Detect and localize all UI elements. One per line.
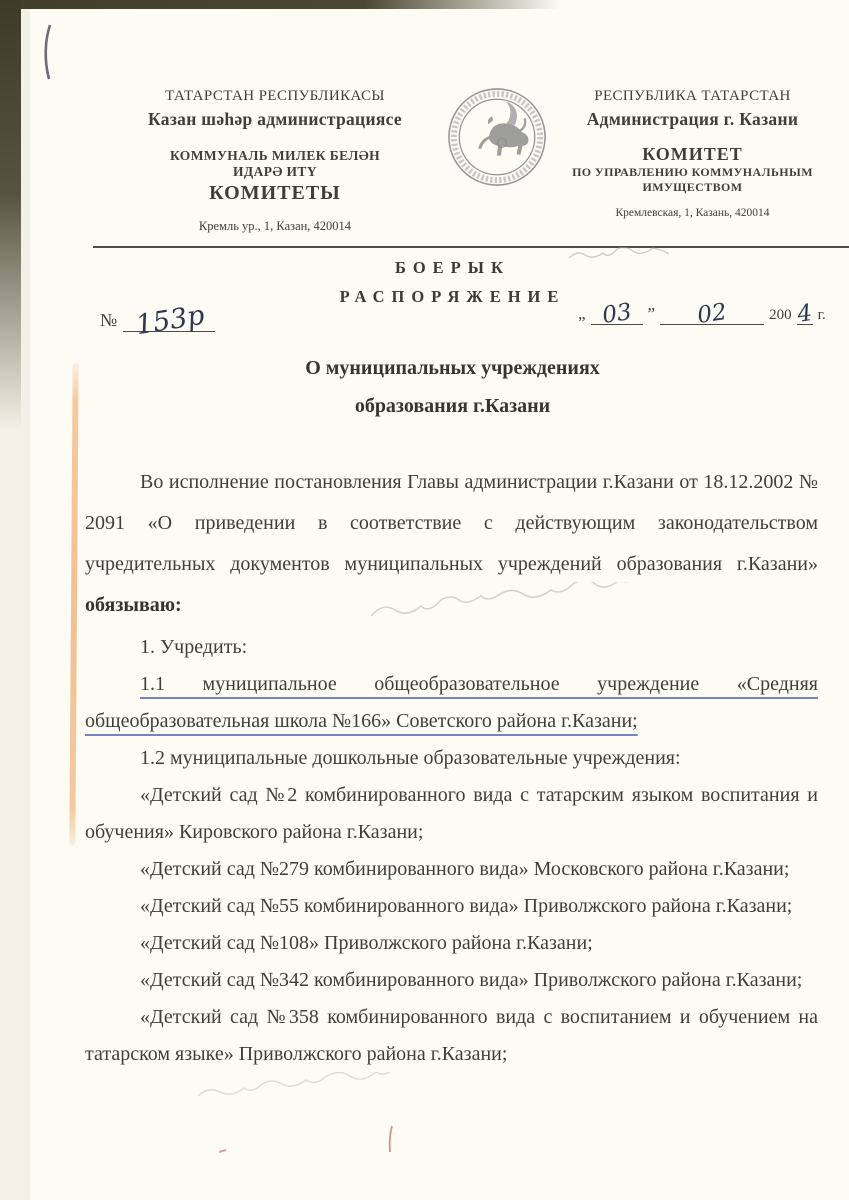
doc-type-tatar: БОЕРЫК [85, 258, 820, 278]
date-day-blank: 03 [591, 298, 643, 325]
kindergarten-item: «Детский сад №108» Приволжского района г… [85, 925, 818, 962]
preamble-bold-word: обязываю: [85, 594, 182, 616]
header-right-dept-line3: ИМУЩЕСТВОМ [550, 180, 835, 195]
date-month-blank: 02 [660, 298, 764, 325]
subject-heading: О муниципальных учреждениях образования … [85, 357, 820, 418]
kindergarten-item: «Детский сад №342 комбинированного вида»… [85, 962, 818, 999]
body-text: Во исполнение постановления Главы админи… [85, 462, 818, 1073]
item-1-1-underlined-text: 1.1 муниципальное общеобразовательное уч… [85, 673, 818, 732]
header-right-org: Администрация г. Казани [550, 109, 835, 130]
scanner-edge-top [0, 0, 560, 9]
margin-highlight-streak [69, 363, 78, 845]
preamble-text: Во исполнение постановления Главы админи… [85, 471, 818, 575]
subject-line-1: О муниципальных учреждениях [85, 357, 820, 380]
pencil-handwriting-scrawl [190, 1072, 750, 1114]
red-pen-dot [216, 1146, 230, 1158]
header-left-tatar: ТАТАРСТАН РЕСПУБЛИКАСЫ Казан шәһәр админ… [120, 88, 430, 234]
handwritten-number: 153р [134, 300, 207, 341]
header-right-dept-line2: ПО УПРАВЛЕНИЮ КОММУНАЛЬНЫМ [550, 165, 835, 180]
header-right-address: Кремлевская, 1, Казань, 420014 [550, 207, 835, 219]
number-blank: 153р [123, 300, 215, 332]
header-right-russian: РЕСПУБЛИКА ТАТАРСТАН Администрация г. Ка… [550, 88, 835, 219]
header-right-dept-line1: КОМИТЕТ [550, 144, 835, 165]
scanner-edge-left [0, 0, 21, 430]
header-left-country: ТАТАРСТАН РЕСПУБЛИКАСЫ [120, 88, 430, 105]
date-year-printed: 200 [769, 307, 792, 325]
kindergarten-item: «Детский сад №358 комбинированного вида … [85, 999, 818, 1073]
header-divider-rule [93, 246, 849, 248]
date-era-suffix: г. [818, 307, 826, 325]
handwritten-month: 02 [696, 299, 729, 329]
pen-mark [38, 22, 64, 84]
header-right-country: РЕСПУБЛИКА ТАТАРСТАН [550, 88, 835, 105]
handwritten-year-digit: 4 [796, 300, 814, 328]
tatarstan-emblem-icon [446, 86, 548, 188]
document-date-line: „ 03 ” 02 200 4 г. [578, 298, 826, 325]
red-pen-mark [378, 1122, 404, 1158]
item-1-2: 1.2 муниципальные дошкольные образовател… [85, 740, 818, 777]
pencil-handwriting-scrawl [365, 582, 845, 628]
date-close-quote: ” [648, 304, 656, 325]
kindergarten-item: «Детский сад №55 комбинированного вида» … [85, 888, 818, 925]
number-sign: № [100, 310, 117, 332]
scanned-document-page: ТАТАРСТАН РЕСПУБЛИКАСЫ Казан шәһәр админ… [0, 0, 849, 1200]
header-left-dept-line1: КОММУНАЛЬ МИЛЕК БЕЛӘН [120, 148, 430, 164]
subject-line-2: образования г.Казани [85, 395, 820, 418]
handwritten-day: 03 [601, 299, 634, 329]
header-left-address: Кремль ур., 1, Казан, 420014 [120, 219, 430, 234]
header-left-dept-line3: КОМИТЕТЫ [120, 182, 430, 205]
date-open-quote: „ [578, 304, 586, 325]
item-1: 1. Учредить: [85, 629, 818, 666]
kindergarten-item: «Детский сад №279 комбинированного вида»… [85, 851, 818, 888]
kindergarten-item: «Детский сад №2 комбинированного вида с … [85, 777, 818, 851]
date-year-blank: 4 [797, 298, 813, 325]
header-left-dept-line2: ИДАРӘ ИТҮ [120, 164, 430, 180]
item-1-1: 1.1 муниципальное общеобразовательное уч… [85, 666, 818, 740]
document-number-line: № 153р [100, 300, 215, 332]
header-left-org: Казан шәһәр администрациясе [120, 109, 430, 130]
